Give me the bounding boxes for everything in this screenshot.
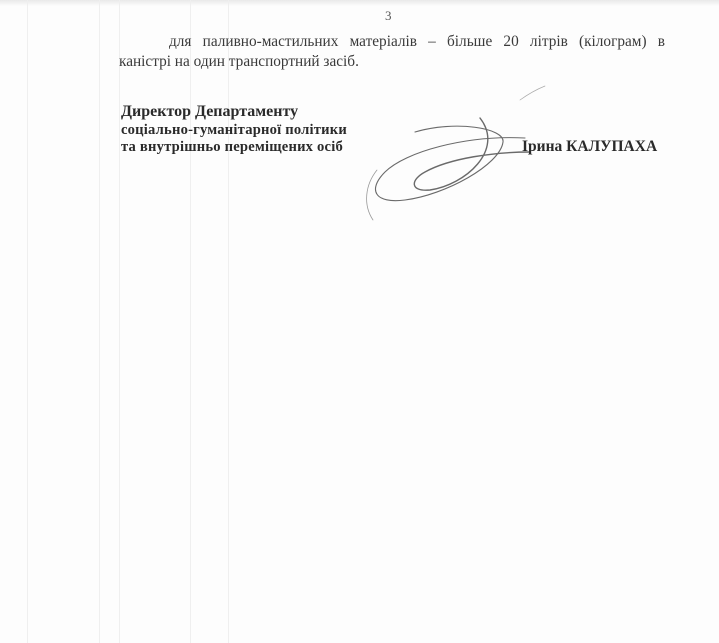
- paragraph-line: каністрі на один транспортний засіб.: [119, 52, 665, 72]
- paragraph-line: для паливно-мастильних матеріалів – біль…: [119, 32, 665, 52]
- scan-artifact-line: [27, 0, 28, 643]
- page-number: 3: [385, 8, 392, 24]
- signer-name: Ірина КАЛУПАХА: [522, 138, 657, 156]
- page-top-shadow: [0, 0, 719, 6]
- scan-artifact-line: [228, 0, 229, 643]
- body-paragraph: для паливно-мастильних матеріалів – біль…: [119, 32, 665, 72]
- scan-artifact-line: [119, 0, 120, 643]
- signatory-title-line: Директор Департаменту: [121, 102, 347, 122]
- scan-artifact-line: [190, 0, 191, 643]
- signatory-title-line: соціально-гуманітарної політики: [121, 122, 347, 139]
- handwritten-signature-icon: [355, 80, 555, 240]
- signatory-title: Директор Департаменту соціально-гуманіта…: [121, 102, 347, 156]
- scan-artifact-line: [99, 0, 100, 643]
- signatory-title-line: та внутрішньо переміщених осіб: [121, 139, 347, 156]
